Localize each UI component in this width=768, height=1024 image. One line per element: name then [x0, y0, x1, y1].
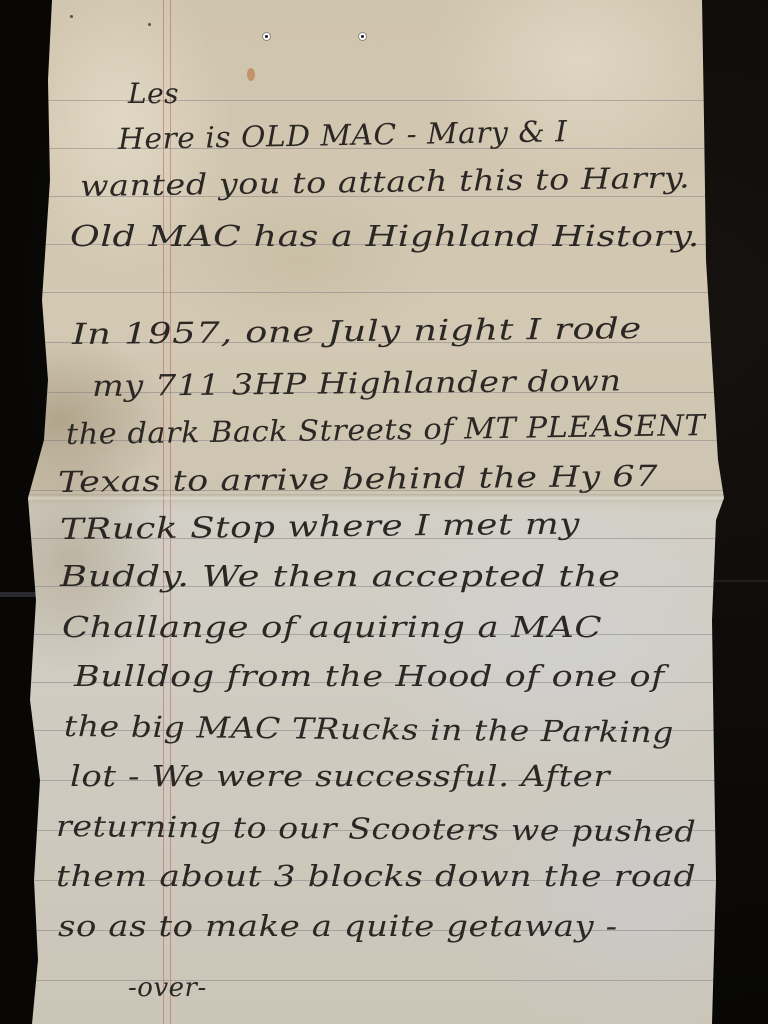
photo-background: Les Here is OLD MAC - Mary & I wanted yo… [0, 0, 768, 1024]
ruled-line [0, 100, 768, 101]
letter-line: wanted you to attach this to Harry. [80, 163, 691, 201]
letter-line: Bulldog from the Hood of one of [74, 662, 665, 691]
speck-mark [70, 15, 73, 18]
pin-hole [359, 33, 366, 40]
letter-line: the big MAC TRucks in the Parking [64, 712, 674, 747]
ruled-line [0, 980, 768, 981]
letter-line: TRuck Stop where I met my [60, 510, 580, 544]
background-edge [0, 592, 40, 597]
stain-mark [247, 68, 255, 81]
letter-line: lot - We were successful. After [70, 762, 610, 791]
letter-salutation: Les [128, 80, 179, 108]
letter-line: the dark Back Streets of MT PLEASENT [66, 411, 706, 449]
letter-line: In 1957, one July night I rode [72, 314, 642, 349]
letter-line: so as to make a quite getaway - [58, 912, 618, 941]
letter-line: Texas to arrive behind the Hy 67 [58, 462, 658, 497]
letter-line: Challange of aquiring a MAC [62, 613, 602, 642]
ruled-line [0, 292, 768, 293]
letter-closing: -over- [128, 975, 207, 1001]
background-edge [712, 580, 768, 582]
letter-line: Buddy. We then accepted the [60, 562, 621, 591]
letter-line: my 711 3HP Highlander down [92, 366, 622, 401]
speck-mark [148, 23, 151, 26]
letter-line: returning to our Scooters we pushed [56, 812, 697, 847]
letter-line: Here is OLD MAC - Mary & I [118, 117, 568, 154]
pin-hole [263, 33, 270, 40]
letter-sheet: Les Here is OLD MAC - Mary & I wanted yo… [0, 0, 768, 1024]
letter-line: them about 3 blocks down the road [56, 862, 696, 891]
letter-line: Old MAC has a Highland History. [70, 222, 700, 251]
